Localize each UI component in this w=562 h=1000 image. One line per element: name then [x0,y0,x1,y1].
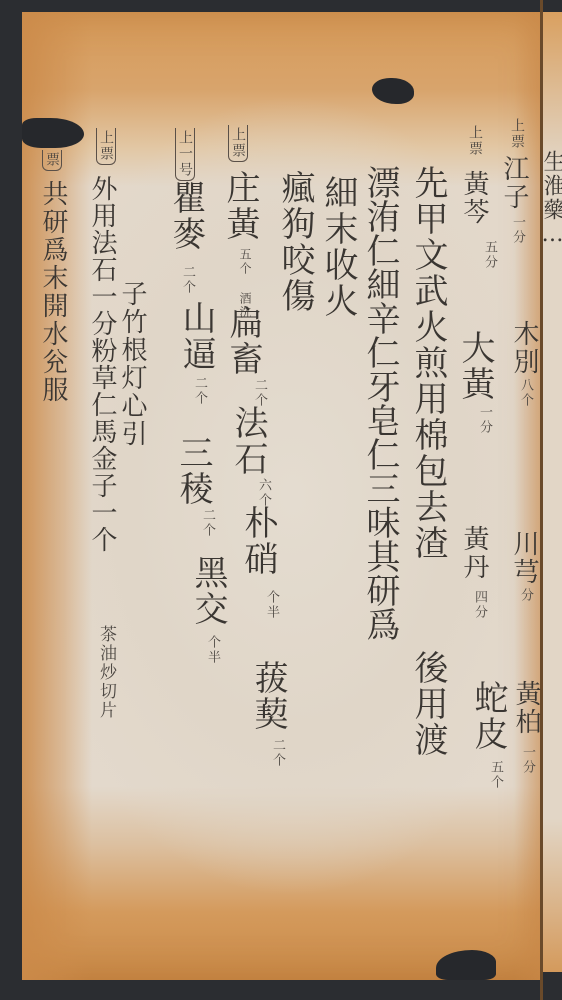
column-1-item-3-qty: 一分 [520,745,534,775]
column-2-marker: 上票 [467,125,483,157]
column-1-item-2: 川芎 [510,530,538,586]
column-7-part-4-note: 个半 [264,590,278,620]
column-7-part-1: 庄黃 [222,170,258,242]
paper-damage-hole [22,118,84,148]
column-10-note: 茶油炒切片 [96,625,116,720]
column-1-main: 江子 [500,155,528,211]
column-1-item-1: 木別 [510,320,538,376]
column-1-marker: 上票 [509,118,525,150]
column-8-part-3-note: 二个 [200,508,214,538]
column-1-item-1-qty: 八个 [518,378,532,408]
column-1-qty: 一分 [510,215,524,245]
column-2-item-2-qty: 四分 [472,590,486,620]
column-10-marker: 上票 [96,128,116,165]
column-8-part-4-note: 个半 [205,635,219,665]
column-2-item-1-qty: 一分 [477,405,491,435]
column-1-item-3: 黃柏 [512,680,540,736]
column-7-part-2-note: 二个 [252,378,266,408]
column-2-item-3: 蛇皮 [470,680,506,752]
column-11-main: 共研爲末開水兊服 [38,180,68,404]
column-7-marker: 上票 [228,125,248,162]
column-8-marker: 上一号 [175,128,195,181]
column-7-part-3-note: 六个 [256,478,270,508]
column-8-part-2-note: 二个 [192,376,206,406]
column-8-part-1: 瞿麥 [168,180,204,252]
column-11-marker: 票 [42,150,62,171]
column-3-main: 先甲文武火煎用棉包去渣 [410,165,446,561]
column-8-marker-box: 上一号 [175,128,195,181]
column-10-main: 外用法石一分粉草仁馬金子一个 [88,175,116,553]
column-2-qty: 五分 [482,240,496,270]
column-7-part-3: 法石 [230,405,266,477]
column-8-part-4: 黑交 [190,555,226,627]
column-2-main: 黃芩 [460,170,488,226]
column-9-main: 子竹根灯心引 [118,280,146,448]
column-8-part-2: 山逼 [178,300,214,372]
column-2-item-1: 大黃 [457,330,493,402]
column-10-marker-box: 上票 [96,128,116,165]
column-3-continuation: 後用渡 [410,650,446,758]
column-8-part-1-note: 二个 [180,265,194,295]
column-1-item-2-qty: 分 [518,588,532,603]
column-11-marker-box: 票 [42,150,62,171]
column-8-part-3: 三稜 [175,435,211,507]
column-2-item-2: 黃丹 [460,525,488,581]
column-7-part-2: 扁畜 [225,305,261,377]
column-7-part-5: 菝葜 [250,660,286,732]
facing-page-text: 生淮藥… [540,150,562,249]
column-6-main: 瘋狗咬傷 [277,170,313,314]
column-7-part-4: 朴硝 [240,505,276,577]
column-5-main: 細末收火 [320,175,356,319]
column-2-item-3-qty: 五个 [488,760,502,790]
column-4-main: 漂洧仁細辛仁牙皂仁三味其研爲 [362,165,397,641]
column-7-part-5-note: 二个 [270,738,284,768]
column-7-marker-box: 上票 [228,125,248,162]
